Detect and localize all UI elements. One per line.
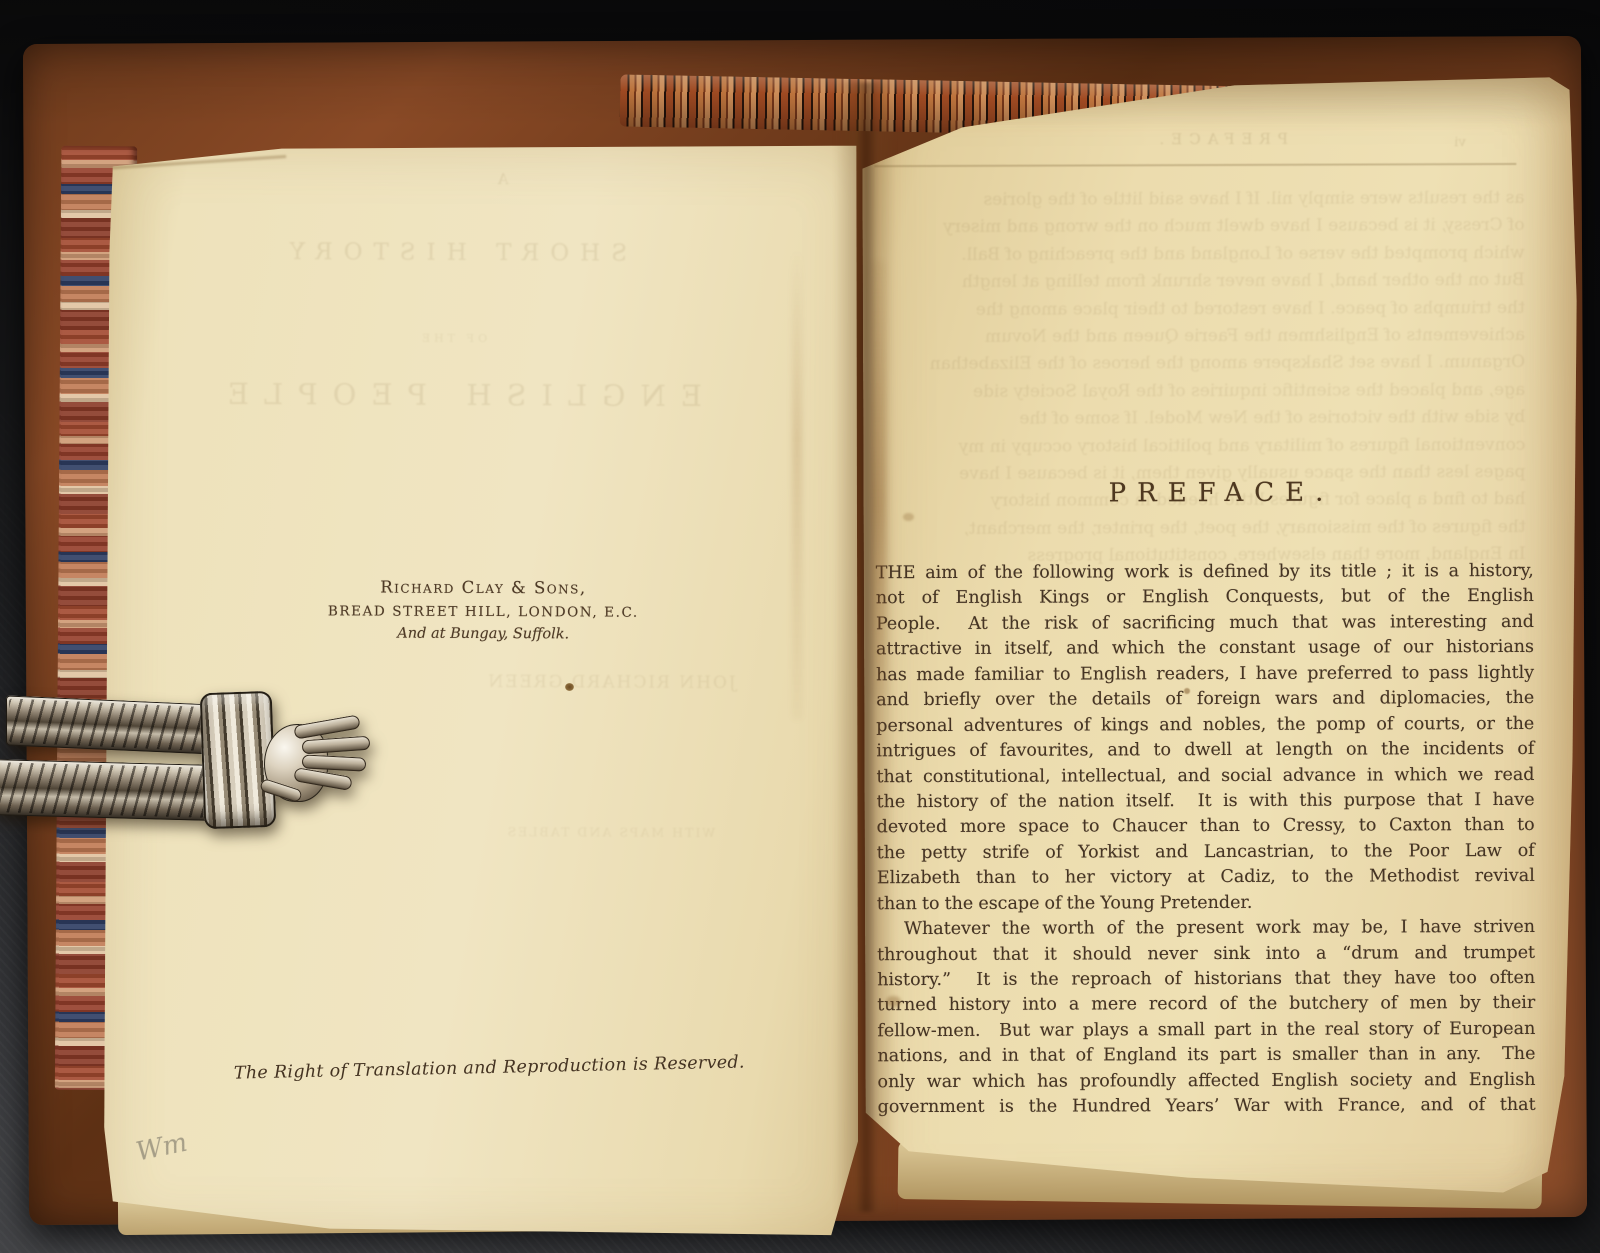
body-line: throughout that it should never sink int… [877, 940, 1535, 968]
antique-book-photo: A SHORT HISTORY OF THE ENGLISH PEOPLE JO… [0, 0, 1600, 1253]
showthrough-line: But on the other hand, I have never shru… [877, 267, 1525, 297]
body-line: intrigues of favourites, and to dwell at… [876, 737, 1534, 765]
rights-notice: The Right of Translation and Reproductio… [214, 1052, 764, 1084]
showthrough-short-history: SHORT HISTORY [218, 239, 688, 267]
body-line: only war which has profoundly affected E… [877, 1068, 1535, 1096]
clip-band-upper [6, 695, 216, 754]
preface-body: THE aim of the following work is defined… [876, 559, 1536, 1121]
showthrough-line: by side with the victories of the New Mo… [877, 404, 1525, 434]
right-page: PREFACE. vi as the results were simply n… [862, 73, 1582, 1215]
body-line: THE aim of the following work is defined… [876, 559, 1534, 587]
body-line: People. At the risk of sacrificing much … [876, 610, 1534, 638]
showthrough-line: conventional figures of military and pol… [877, 432, 1525, 462]
showthrough-text-block: as the results were simply nil. If I hav… [876, 185, 1525, 571]
body-line: history.” It is the reproach of historia… [877, 966, 1535, 994]
body-line: not of English Kings or English Conquest… [876, 584, 1534, 612]
printer-imprint: Richard Clay & Sons, BREAD STREET HILL, … [233, 577, 733, 643]
showthrough-running-header: PREFACE. [862, 129, 1578, 149]
showthrough-title-a: A [463, 170, 543, 188]
body-line: than to the escape of the Young Pretende… [877, 890, 1535, 918]
clip-band-lower [0, 759, 212, 821]
showthrough-maps-line: WITH MAPS AND TABLES [425, 824, 795, 841]
showthrough-line: age, and placed the scientific inquiries… [877, 377, 1525, 407]
preface-title: PREFACE. [863, 477, 1579, 509]
showthrough-of-the: OF THE [218, 331, 688, 346]
page-clip [0, 686, 370, 840]
showthrough-line: the figures of the missionary, the poet,… [878, 514, 1526, 544]
body-line: personal adventures of kings and nobles,… [876, 712, 1534, 740]
body-line: the petty strife of Yorkist and Lancastr… [877, 839, 1535, 867]
body-line: that constitutional, intellectual, and s… [876, 762, 1534, 790]
showthrough-line: the triumphs of peace. I have restored t… [877, 295, 1525, 325]
body-line: government is the Hundred Years’ War wit… [878, 1093, 1536, 1121]
body-line: turned history into a mere record of the… [877, 991, 1535, 1019]
gutter-shadow [834, 82, 896, 1212]
printer-name: Richard Clay & Sons, [233, 577, 733, 598]
showthrough-line: as the results were simply nil. If I hav… [876, 185, 1524, 215]
showthrough-line: achievements of Englishmen the Faerie Qu… [877, 322, 1525, 352]
printer-address: BREAD STREET HILL, LONDON, E.C. [233, 603, 733, 621]
body-line: and briefly over the details of foreign … [876, 686, 1534, 714]
body-line: the history of the nation itself. It is … [877, 788, 1535, 816]
showthrough-line: of Cressy, it is because I have dwelt mu… [876, 212, 1524, 242]
body-line: fellow-men. But war plays a small part i… [877, 1017, 1535, 1045]
body-line: attractive in itself, and which the cons… [876, 635, 1534, 663]
showthrough-page-number: vi [1454, 135, 1466, 150]
pencil-mark: Wm [133, 1128, 189, 1168]
showthrough-header-rule [874, 163, 1516, 167]
body-line: Elizabeth than to her victory at Cadiz, … [877, 864, 1535, 892]
clip-finger [293, 714, 360, 739]
body-line: has made familiar to English readers, I … [876, 661, 1534, 689]
body-line: Whatever the worth of the present work m… [877, 915, 1535, 943]
printer-address-2: And at Bungay, Suffolk. [233, 625, 733, 643]
showthrough-author: JOHN RICHARD GREEN [396, 672, 826, 694]
body-line: devoted more space to Chaucer than to Cr… [877, 813, 1535, 841]
showthrough-line: which prompted the verse of Longland and… [877, 240, 1525, 270]
showthrough-line: Organum. I have set Shakspere among the … [877, 349, 1525, 379]
gutter-stain [792, 250, 802, 720]
showthrough-english-people: ENGLISH PEOPLE [157, 377, 757, 414]
body-line: nations, and in that of England its part… [877, 1042, 1535, 1070]
